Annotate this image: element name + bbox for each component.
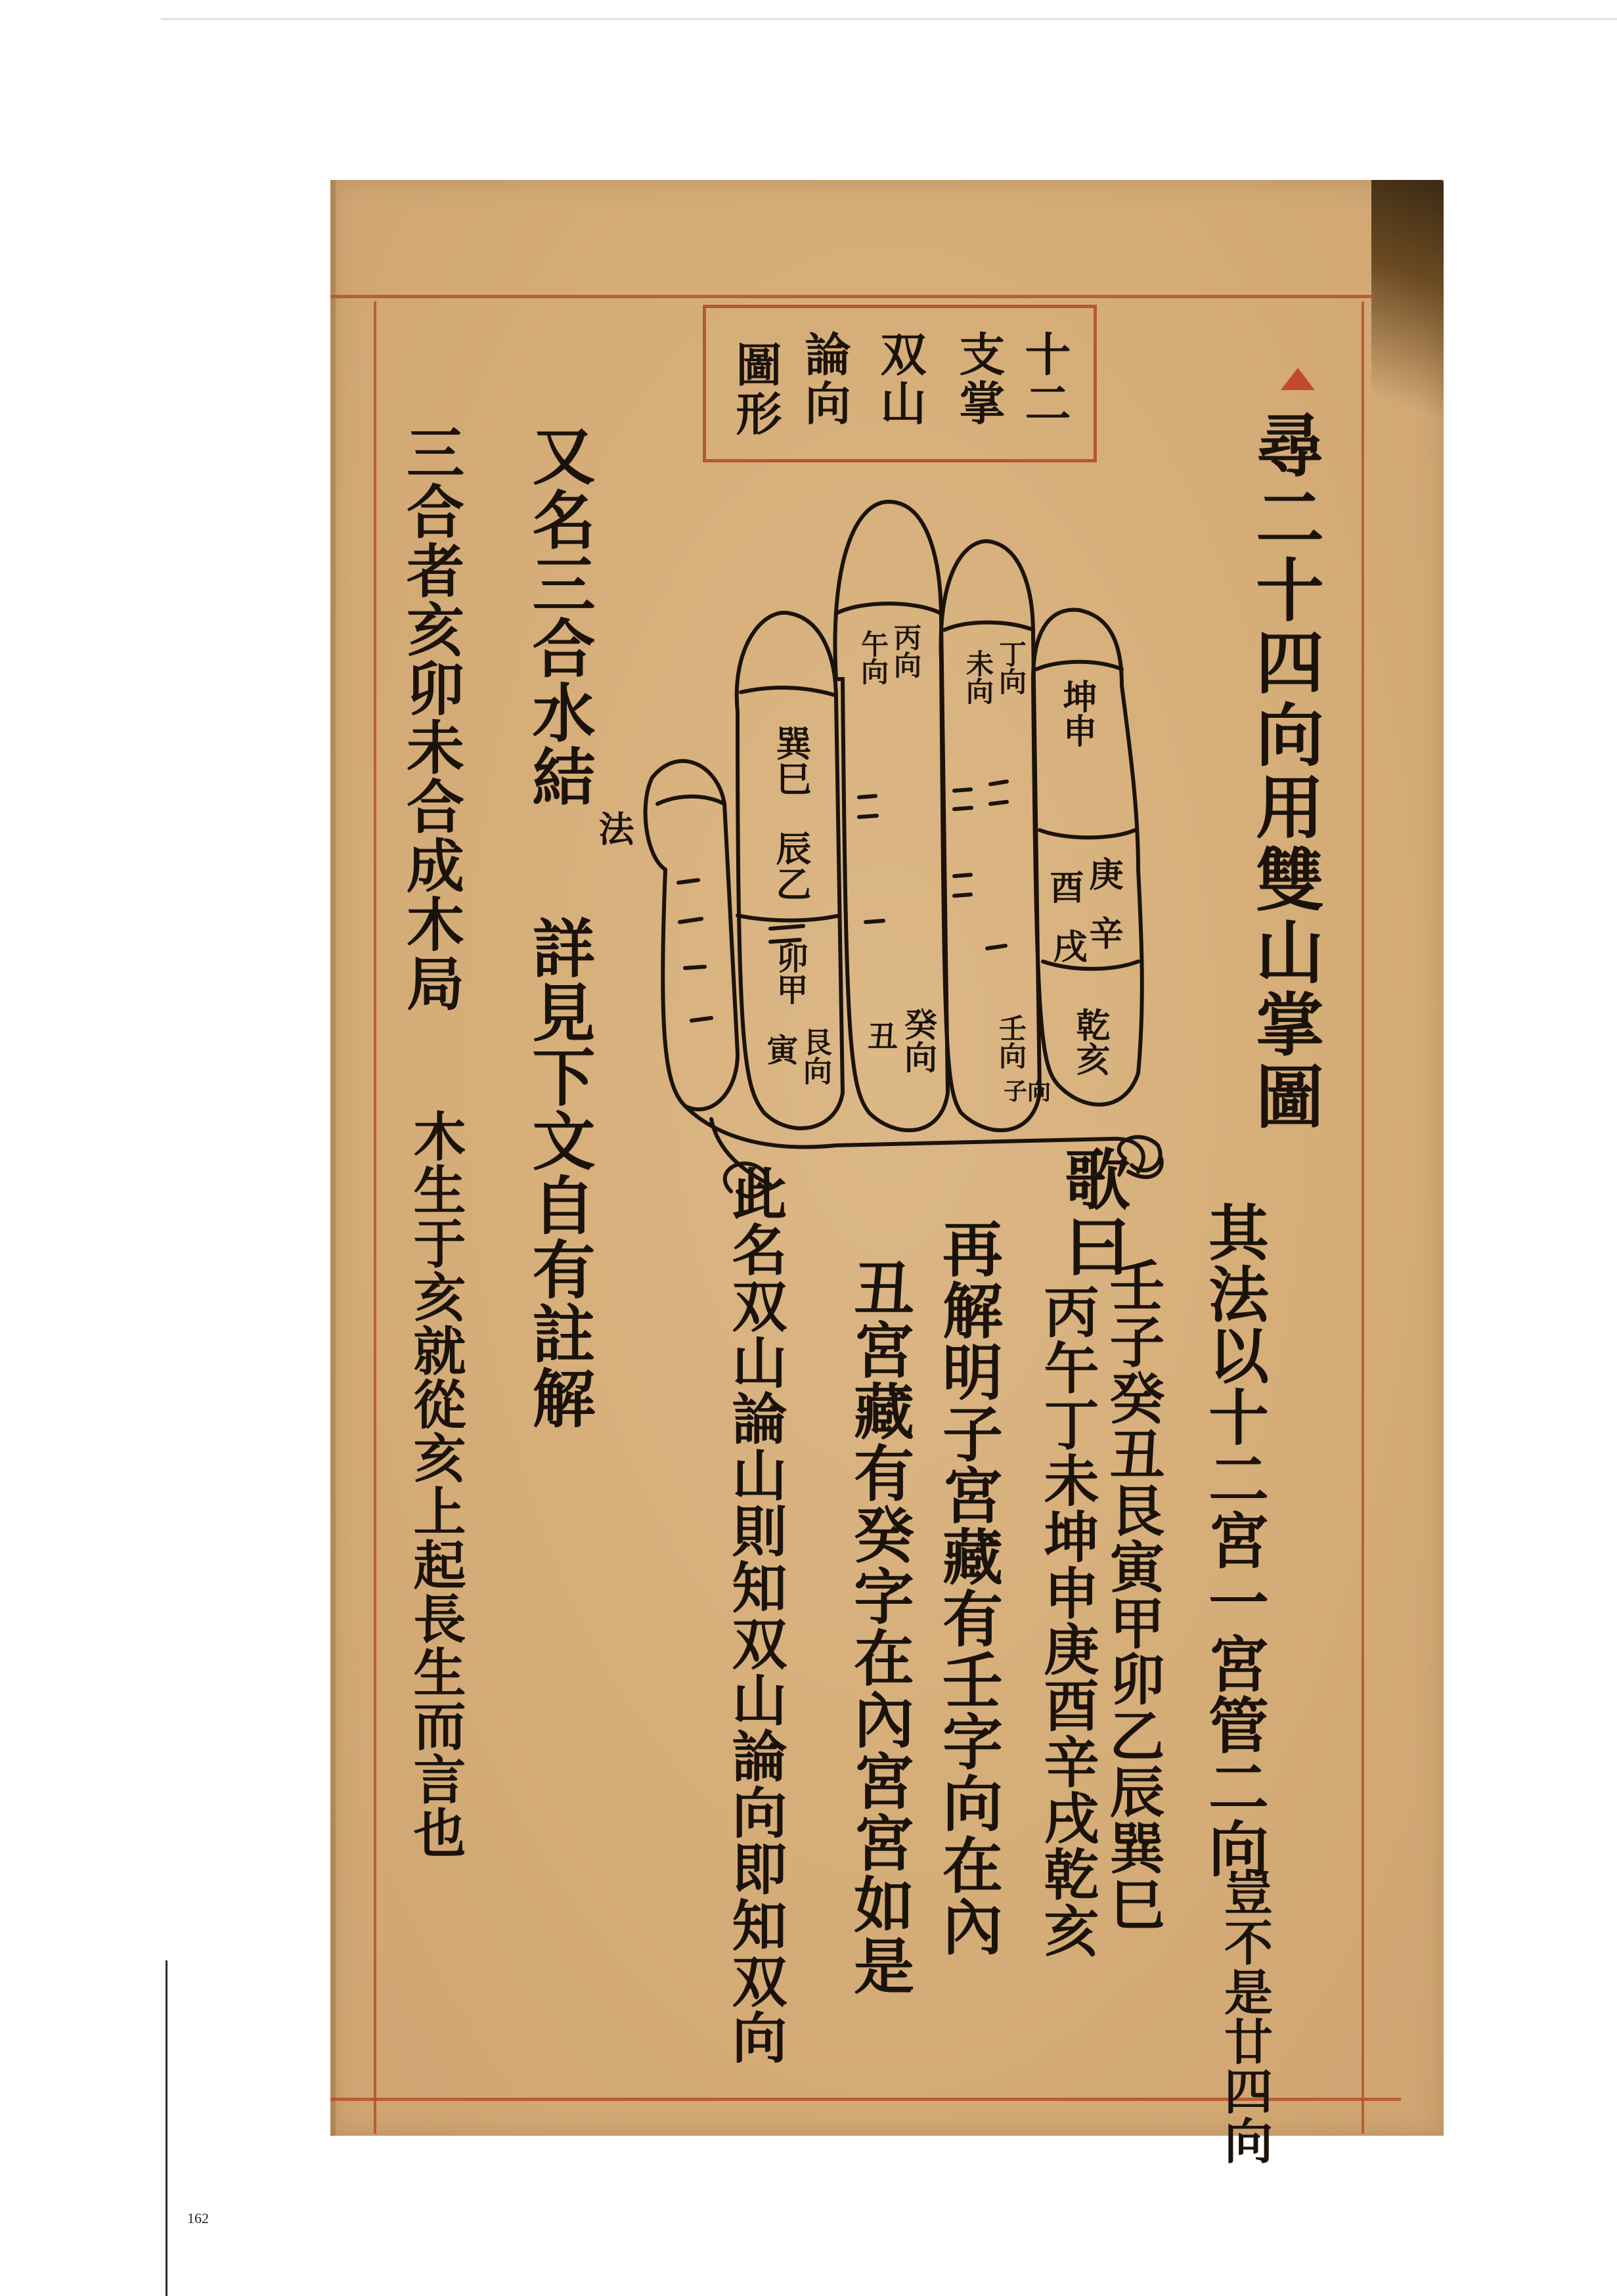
text-column-also-named-note: 法 xyxy=(596,810,632,847)
manuscript-page: 十二 支掌 双山 論向 圖形 尋二十四向用雙山掌圖 xyxy=(330,180,1444,2136)
finger-label-bing-xiang: 丙向 xyxy=(892,623,919,678)
finger-label-chou: 丑 xyxy=(866,1021,896,1051)
frame-rule-right xyxy=(1362,301,1364,2134)
text-column-song-2: 丙午丁未坤申庚酉辛戌乾亥 xyxy=(1040,1283,1095,1958)
finger-label-xun-si: 巽巳 xyxy=(774,725,809,796)
finger-label-gen-xiang: 艮向 xyxy=(800,1027,829,1085)
frame-rule-left xyxy=(374,301,376,2134)
title-box: 十二 支掌 双山 論向 圖形 xyxy=(703,305,1097,462)
finger-label-mao-jia: 卯甲 xyxy=(774,942,805,1005)
finger-label-wei-xiang: 未向 xyxy=(964,650,992,705)
text-column-three-harmony: 三合者亥卯未合成木局 xyxy=(403,423,460,1013)
finger-label-ren-xiang: 壬向 xyxy=(997,1014,1025,1069)
text-column-double-mountain: 此名双山論山則知双山論向即知双向 xyxy=(728,1165,783,2065)
finger-label-gui-xiang: 癸向 xyxy=(902,1007,935,1073)
title-col-1: 十二 xyxy=(1021,330,1067,428)
title-col-3: 双山 xyxy=(877,330,923,428)
finger-label-chen-yi: 辰乙 xyxy=(774,830,809,901)
finger-label-ding-xiang: 丁向 xyxy=(997,640,1025,695)
title-col-4: 論向 xyxy=(801,330,847,428)
title-col-5: 圖形 xyxy=(732,341,778,438)
finger-label-qian-hai: 乾亥 xyxy=(1073,1007,1107,1076)
scan-top-edge xyxy=(161,18,1617,20)
finger-label-xin: 辛 xyxy=(1086,916,1120,950)
triangle-marker-icon xyxy=(1281,368,1315,390)
finger-label-wu-xiang: 午向 xyxy=(859,630,887,685)
text-column-method: 其法以十二宮一宮管二向 xyxy=(1204,1201,1264,1879)
page-heading: 尋二十四向用雙山掌圖 xyxy=(1250,410,1318,1134)
finger-label-geng: 庚 xyxy=(1086,856,1120,891)
hand-outline xyxy=(639,462,1164,1218)
text-column-song-1: 壬子癸丑艮寅甲卯乙辰巽巳 xyxy=(1105,1257,1161,1932)
frame-rule-top xyxy=(330,295,1375,298)
page-number: 162 xyxy=(187,2210,209,2227)
text-column-three-harmony-tail: 木生于亥就從亥上起長生而言也 xyxy=(409,1109,462,1859)
finger-label-zi-xiang: 子向 xyxy=(1004,1080,1051,1103)
finger-label-xu: 戌 xyxy=(1050,929,1084,963)
text-column-explain-1: 再解明子宮藏有壬字向在內 xyxy=(938,1218,998,1957)
finger-label-yin: 寅 xyxy=(764,1034,795,1065)
text-column-method-note: 豈不是廿四向 xyxy=(1220,1868,1269,2165)
double-mountain-hand-diagram: 坤申 庚 酉 辛 戌 乾亥 丁向 未向 壬向 子向 丙向 午向 癸向 丑 巽巳 … xyxy=(639,462,1164,1218)
text-column-explain-2: 丑宮藏有癸字在內宮宮如是 xyxy=(849,1257,910,1997)
finger-label-you: 酉 xyxy=(1046,870,1080,904)
title-col-2: 支掌 xyxy=(956,330,1002,428)
page-corner-stain xyxy=(1371,180,1444,456)
text-column-also-named: 又名三合水結 xyxy=(527,423,590,809)
page-edge-shadow xyxy=(330,180,336,2136)
finger-label-kun-shen: 坤申 xyxy=(1059,679,1094,747)
scan-left-edge xyxy=(166,1960,167,2296)
text-column-also-named-tail: 詳見下文自有註解 xyxy=(527,916,590,1430)
